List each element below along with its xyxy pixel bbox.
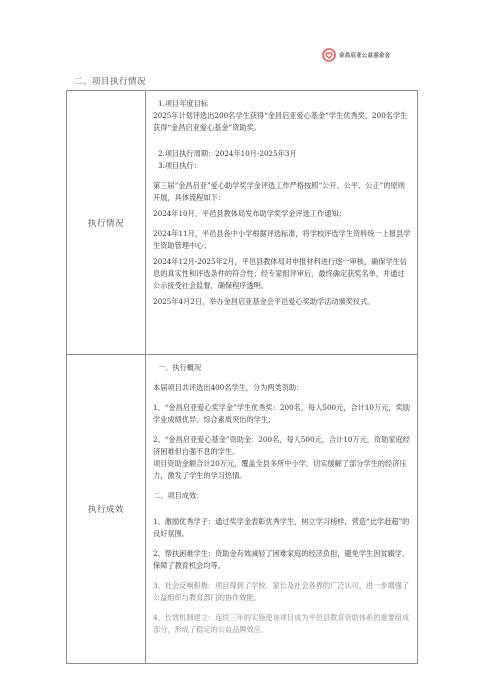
project-execution-table: 执行情况 1.项目年度目标 2025年计划评选出200名学生获得“金昌启亚爱心基… — [66, 90, 418, 664]
execution-step: 2025年4月2日，举办金昌启亚基金会平邑爱心奖助学活动颁奖仪式。 — [153, 296, 411, 308]
table-row-execution: 执行情况 1.项目年度目标 2025年计划评选出200名学生获得“金昌启亚爱心基… — [67, 91, 418, 355]
result-item: 4、长效机制建立：连续三年的实施使该项目成为平邑县教育资助体系的重要组成部分，形… — [153, 612, 411, 636]
results-content: 一、执行概况 本届项目共评选出400名学生，分为两类资助： 1、“金昌启亚爱心奖… — [146, 355, 418, 664]
execution-intro: 第三届“金昌启亚”爱心助学奖学金评选工作严格按照“公开、公平、公正”的原则开展，… — [153, 180, 411, 204]
overview-intro: 本届项目共评选出400名学生，分为两类资助： — [153, 382, 411, 394]
heart-circle-icon — [322, 48, 336, 62]
execution-step: 2024年10月，平邑县教体局发布助学奖学金评选工作通知； — [153, 208, 411, 220]
execution-content: 1.项目年度目标 2025年计划评选出200名学生获得“金昌启亚爱心基金”学生优… — [146, 91, 418, 355]
row-label-execution: 执行情况 — [67, 91, 146, 355]
period-text: 2.项目执行周期：2024年10月-2025年3月 — [153, 148, 411, 160]
goal-heading: 1.项目年度目标 — [153, 98, 411, 110]
award-item: 1、“金昌启亚爱心奖学金”学生优秀奖：200名，每人500元，合计10万元，奖励… — [153, 402, 411, 426]
section-title: 二、项目执行情况 — [74, 75, 146, 87]
result-item: 1、激励优秀学子：通过奖学金表彰优秀学生，树立学习榜样，营造“比学赶超”的良好氛… — [153, 516, 411, 540]
results-heading: 二、项目成效： — [153, 490, 411, 502]
execution-step: 2024年12月-2025年2月，平邑县教体局对申报材料进行逐一审核，确保学生信… — [153, 256, 411, 292]
execution-heading: 3.项目执行： — [153, 160, 411, 172]
award-item: 2、“金昌启亚爱心基金”资助金：200名，每人500元，合计10万元，资助家庭经… — [153, 434, 411, 458]
execution-step: 2024年11月，平邑县各中小学根据评选标准，将学校评选学生资料统一上报县学生资… — [153, 228, 411, 252]
result-item: 2、帮扶困难学生：资助金有效减轻了困难家庭的经济负担，避免学生因贫辍学，保障了教… — [153, 548, 411, 572]
result-item: 3、社会反响积极：项目得到了学校、家长及社会各界的广泛认可，进一步增强了公益组织… — [153, 580, 411, 604]
row-label-results: 执行成效 — [67, 355, 146, 664]
goal-text: 2025年计划评选出200名学生获得“金昌启亚爱心基金”学生优秀奖，200名学生… — [153, 110, 411, 134]
logo-text: 金昌启亚公益基金会 — [339, 51, 390, 59]
total-summary: 项目资助金额合计20万元，覆盖全县多所中小学，切实缓解了部分学生的经济压力，激发… — [153, 458, 411, 482]
overview-heading: 一、执行概况 — [153, 362, 411, 374]
foundation-logo: 金昌启亚公益基金会 — [322, 48, 390, 62]
table-row-results: 执行成效 一、执行概况 本届项目共评选出400名学生，分为两类资助： 1、“金昌… — [67, 355, 418, 664]
